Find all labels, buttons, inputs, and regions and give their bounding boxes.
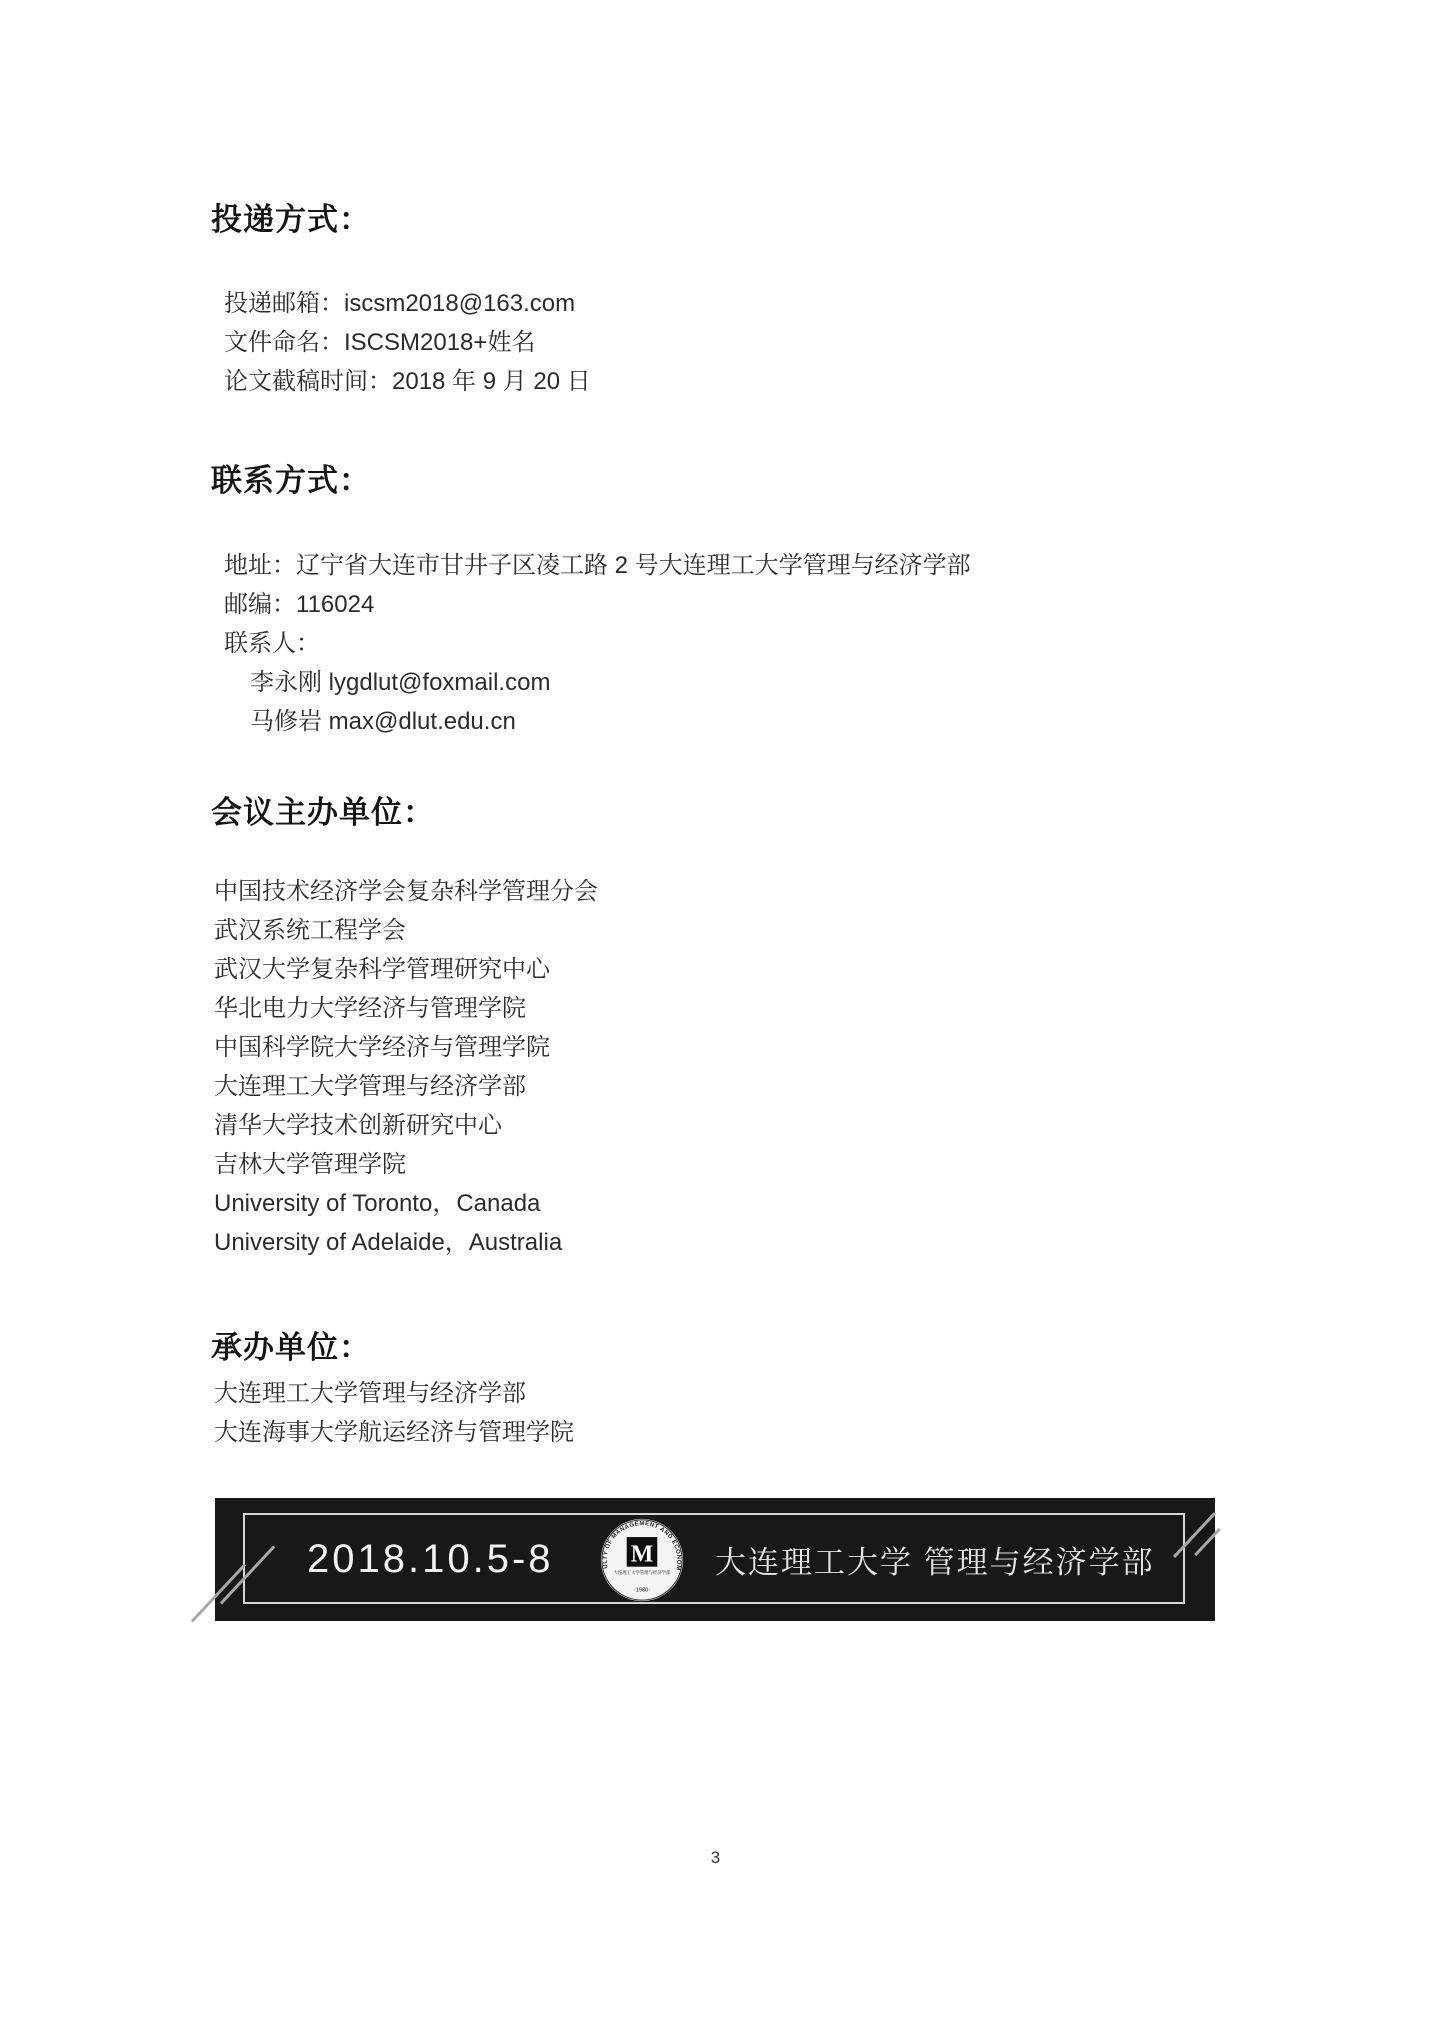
list-item: 武汉大学复杂科学管理研究中心 [214, 950, 598, 989]
seal-year: ·1980· [634, 1588, 651, 1594]
list-item: University of Adelaide，Australia [214, 1223, 598, 1262]
submission-info-block: 投递邮箱：iscsm2018@163.com 文件命名：ISCSM2018+姓名… [224, 284, 591, 401]
submission-filename-line: 文件命名：ISCSM2018+姓名 [224, 323, 591, 362]
list-item: 清华大学技术创新研究中心 [214, 1106, 598, 1145]
contact-postcode-line: 邮编：116024 [224, 585, 971, 624]
contact-address-line: 地址：辽宁省大连市甘井子区凌工路 2 号大连理工大学管理与经济学部 [224, 546, 971, 585]
submission-email-line: 投递邮箱：iscsm2018@163.com [224, 284, 591, 323]
list-item: 吉林大学管理学院 [214, 1145, 598, 1184]
section-heading-hosts: 会议主办单位： [211, 787, 435, 832]
list-item: 中国科学院大学经济与管理学院 [214, 1028, 598, 1067]
page-number: 3 [0, 1848, 1431, 1868]
list-item: 大连海事大学航运经济与管理学院 [214, 1413, 574, 1452]
list-item: University of Toronto，Canada [214, 1184, 598, 1223]
faculty-seal-logo-icon: FACULTY OF MANAGEMENT AND ECONOMICS M 大连… [599, 1517, 685, 1603]
list-item: 武汉系统工程学会 [214, 911, 598, 950]
banner-organization-name: 大连理工大学 管理与经济学部 [715, 1498, 1155, 1621]
list-item: 华北电力大学经济与管理学院 [214, 989, 598, 1028]
section-heading-contact: 联系方式： [211, 455, 371, 500]
seal-line-text: 大连理工大学管理与经济学部 [614, 1569, 671, 1576]
host-organizations-list: 中国技术经济学会复杂科学管理分会 武汉系统工程学会 武汉大学复杂科学管理研究中心… [214, 872, 598, 1262]
section-heading-organizers: 承办单位： [211, 1322, 371, 1367]
submission-deadline-line: 论文截稿时间：2018 年 9 月 20 日 [224, 362, 591, 401]
document-page: 投递方式： 投递邮箱：iscsm2018@163.com 文件命名：ISCSM2… [0, 0, 1431, 2023]
slash-decoration-left-outer [191, 1563, 246, 1622]
undertaking-organizations-list: 大连理工大学管理与经济学部 大连海事大学航运经济与管理学院 [214, 1374, 574, 1452]
contact-person-li-yonggang: 李永刚 lygdlut@foxmail.com [224, 663, 971, 702]
contact-persons-label: 联系人： [224, 624, 971, 663]
contact-info-block: 地址：辽宁省大连市甘井子区凌工路 2 号大连理工大学管理与经济学部 邮编：116… [224, 546, 971, 741]
list-item: 大连理工大学管理与经济学部 [214, 1067, 598, 1106]
banner-conference-dates: 2018.10.5-8 [307, 1498, 554, 1621]
list-item: 大连理工大学管理与经济学部 [214, 1374, 574, 1413]
contact-person-ma-xiuyan: 马修岩 max@dlut.edu.cn [224, 702, 971, 741]
conference-banner: 2018.10.5-8 FACULTY OF MANAGEMENT AND EC… [215, 1498, 1215, 1621]
section-heading-submission: 投递方式： [211, 194, 371, 239]
seal-monogram: M [631, 1541, 654, 1567]
list-item: 中国技术经济学会复杂科学管理分会 [214, 872, 598, 911]
